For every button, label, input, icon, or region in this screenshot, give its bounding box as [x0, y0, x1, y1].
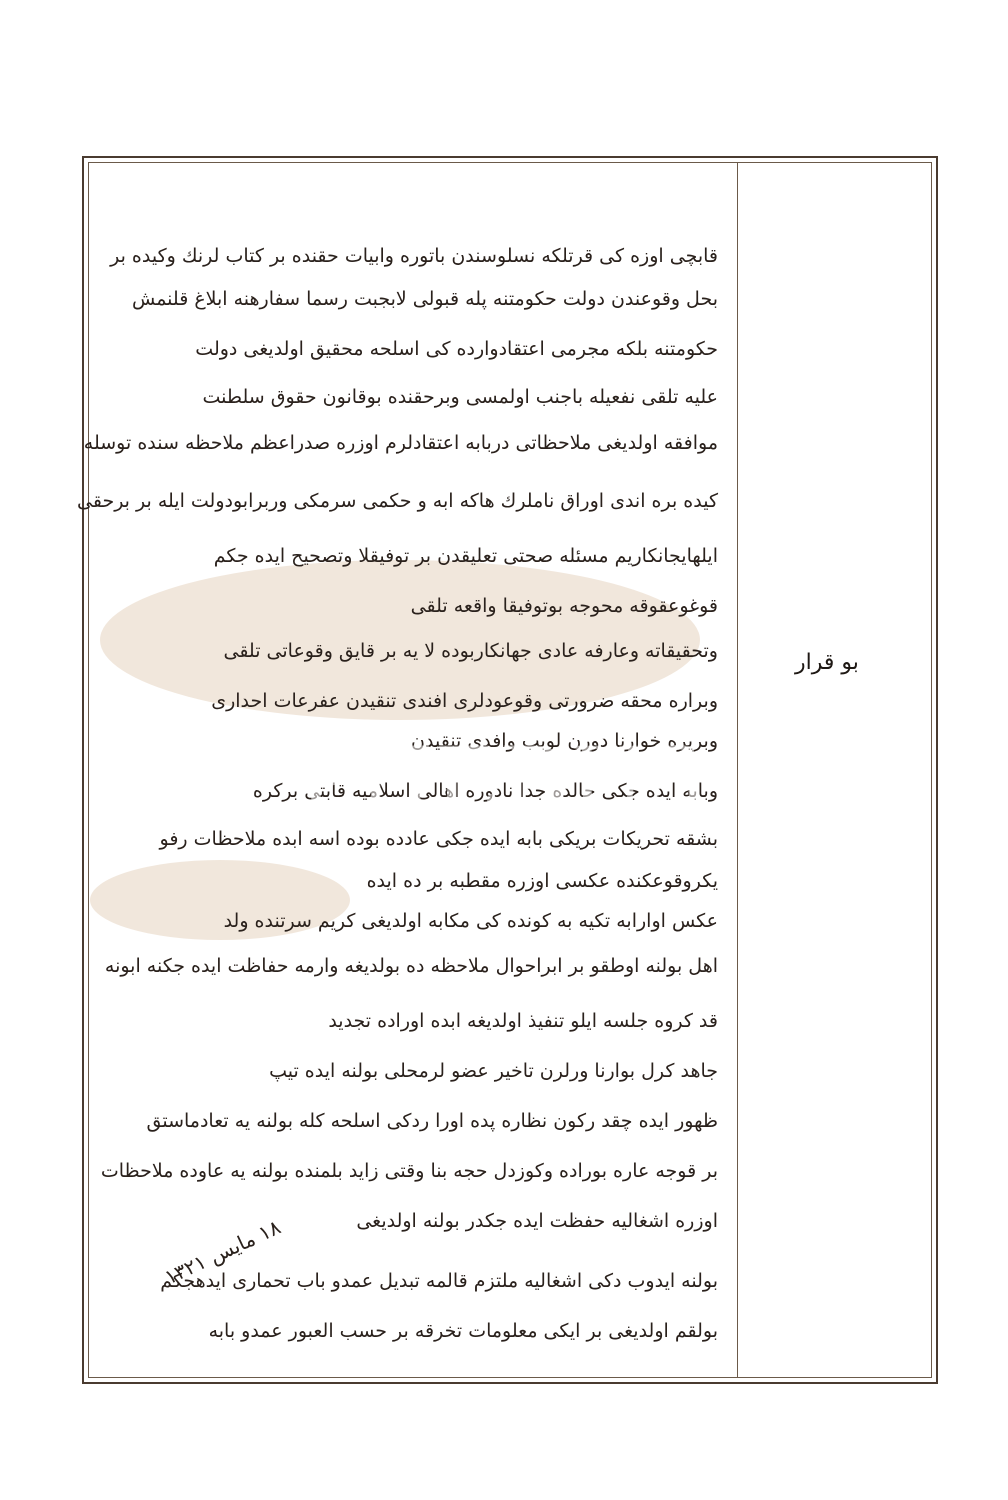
manuscript-page: قابچی اوزه کی قرتلکه نسلوسندن باتوره واب…	[0, 0, 1008, 1500]
text-line: یکروقوعکنده عکسی اوزره مقطبه بر ده ایده	[367, 870, 718, 892]
text-line: بر قوجه عاره بوراده وکوزدل حجه بنا وقتی …	[101, 1160, 718, 1182]
text-line: کیده بره اندی اوراق ناملرك هاکه ابه و حک…	[77, 490, 718, 512]
text-line: بولنه ایدوب دکی اشغالیه ملتزم قالمه تبدی…	[160, 1270, 718, 1292]
margin-note: بو قرار	[795, 650, 859, 675]
text-line: قد کروه جلسه ایلو تنفیذ اولدیغه ابده اور…	[328, 1010, 718, 1032]
text-line: اهل بولنه اوطقو بر ابراحوال ملاحظه ده بو…	[105, 955, 718, 977]
text-line: ایلهایجانکاریم مسئله صحتی تعلیقدن بر توف…	[214, 545, 718, 567]
text-line: قابچی اوزه کی قرتلکه نسلوسندن باتوره واب…	[110, 245, 718, 267]
text-line: قوغوعقوقه محوجه بوتوفیقا واقعه تلقی	[411, 595, 718, 617]
text-line: اوزره اشغالیه حفظت ایده جکدر بولنه اولدی…	[356, 1210, 718, 1232]
text-line: وبراره محقه ضرورتی وقوعودلری افندی تنقید…	[211, 690, 718, 712]
text-line: حکومتنه بلکه مجرمی اعتقادوارده کی اسلحه …	[195, 338, 718, 360]
text-line: وتحقیقاته وعارفه عادی جهانکاربوده لا یه …	[223, 640, 718, 662]
text-line: بولقم اولدیغی بر ایکی معلومات تخرقه بر ح…	[209, 1320, 718, 1342]
text-line: علیه تلقی نفعیله باجنب اولمسی وبرحقنده ب…	[203, 386, 719, 408]
text-line: ظهور ایده چقد رکون نظاره پده اورا ردکی ا…	[146, 1110, 718, 1132]
text-line: جاهد کرل بوارنا ورلرن تاخیر عضو لرمحلی ب…	[269, 1060, 718, 1082]
margin-divider	[737, 162, 738, 1378]
watermark: PHEBUS	[300, 720, 707, 835]
text-line: عکس اوارابه تکیه به کونده کی مکابه اولدی…	[224, 910, 718, 932]
text-line: بحل وقوعندن دولت حکومتنه پله قبولی لابجب…	[132, 288, 718, 310]
text-line: موافقه اولدیغی ملاحظاتی دربابه اعتقادلرم…	[84, 432, 718, 454]
